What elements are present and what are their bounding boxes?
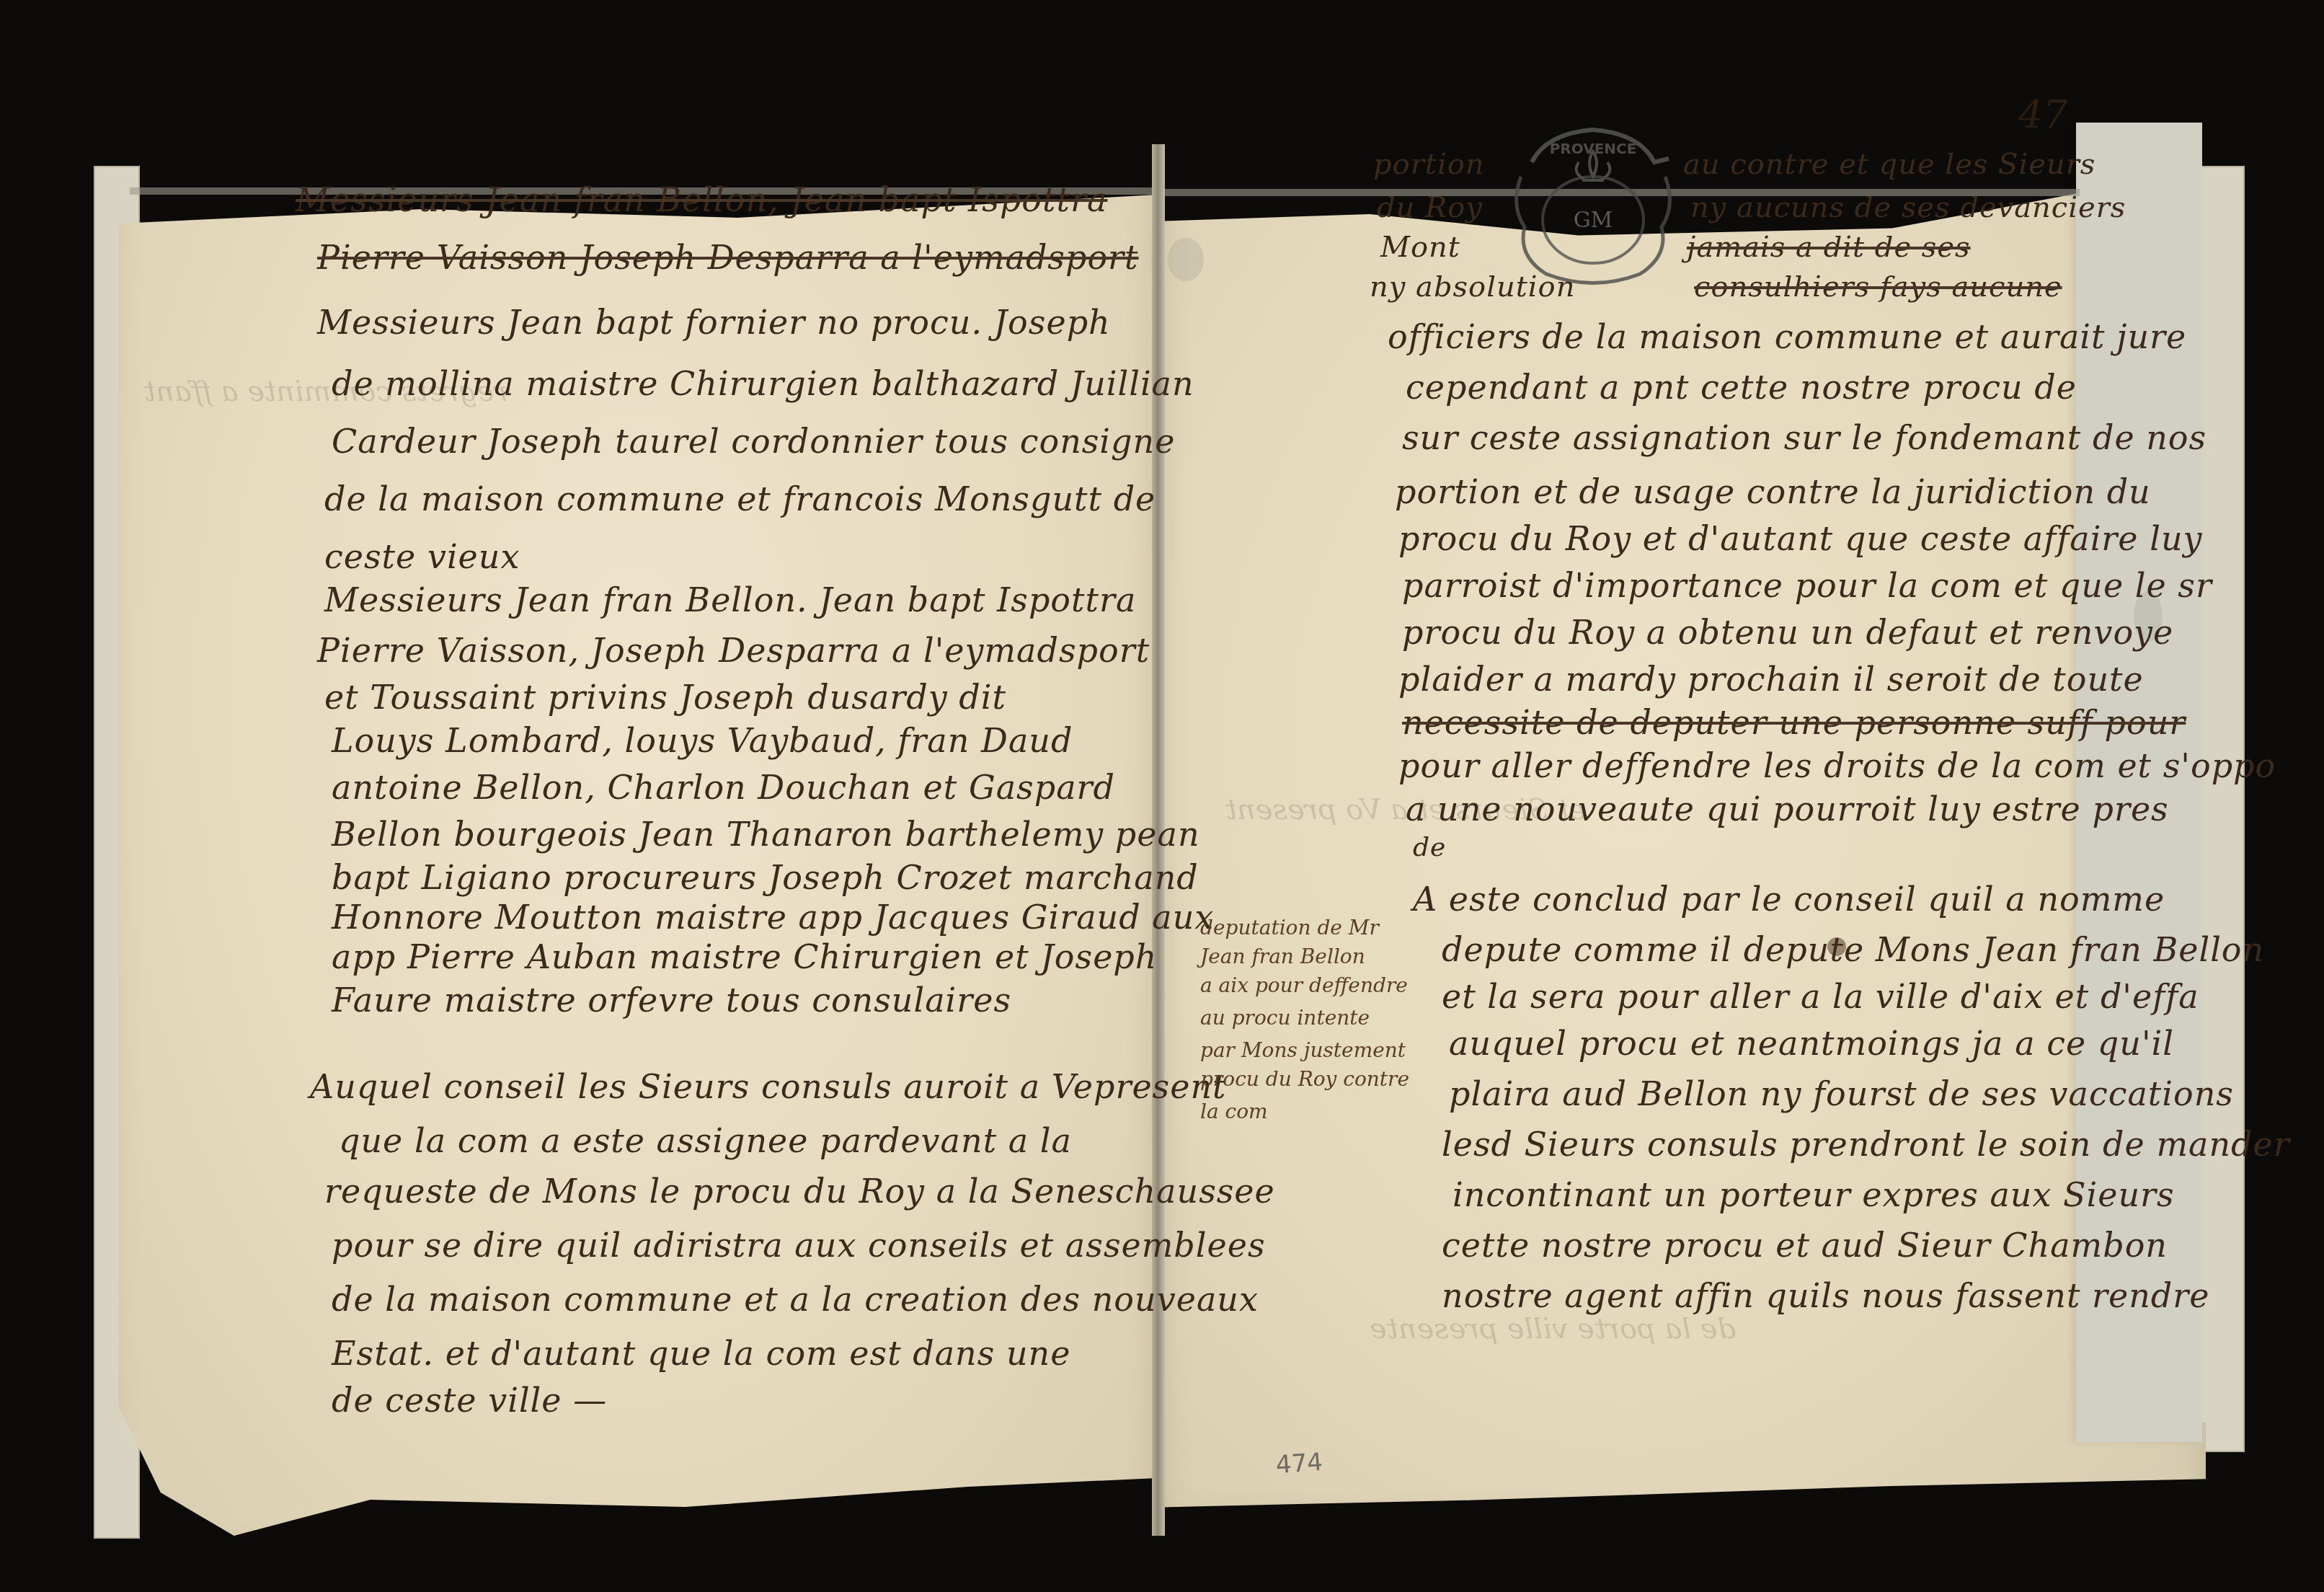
manuscript-line: portion et de usage contre la juridictio… — [1395, 472, 2151, 511]
manuscript-line: A este conclud par le conseil quil a nom… — [1413, 880, 2165, 919]
manuscript-line: app Pierre Auban maistre Chirurgien et J… — [332, 937, 1157, 976]
manuscript-line: Cardeur Joseph taurel cordonnier tous co… — [332, 422, 1175, 461]
manuscript-line: Messieurs Jean fran Bellon, Jean bapt Is… — [296, 180, 1107, 219]
manuscript-line: procu du Roy a obtenu un defaut et renvo… — [1402, 613, 2173, 652]
manuscript-line: Mont — [1380, 231, 1460, 264]
manuscript-line: pour aller deffendre les droits de la co… — [1398, 746, 2276, 785]
manuscript-line: de la maison commune et a la creation de… — [332, 1280, 1259, 1319]
manuscript-line: Honnore Moutton maistre app Jacques Gira… — [332, 898, 1214, 937]
manuscript-line: auquel procu et neantmoings ja a ce qu'i… — [1449, 1024, 2174, 1063]
manuscript-line: de mollina maistre Chirurgien balthazard… — [332, 364, 1194, 403]
manuscript-line: necessite de deputer une personne suff p… — [1402, 703, 2186, 742]
manuscript-line: Messieurs Jean bapt fornier no procu. Jo… — [317, 303, 1111, 342]
manuscript-scan: regrets comminte a ffant et Sieurs et a … — [0, 0, 2324, 1592]
manuscript-line: officiers de la maison commune et aurait… — [1388, 317, 2186, 356]
manuscript-line: lesd Sieurs consuls prendront le soin de… — [1442, 1125, 2290, 1164]
margin-note-line: au procu intente — [1200, 1006, 1370, 1030]
stamp-label: PROVENCE — [1550, 140, 1637, 157]
margin-note-line: procu du Roy contre — [1200, 1067, 1409, 1091]
margin-note-line: a aix pour deffendre — [1200, 973, 1408, 997]
margin-note-line: deputation de Mr — [1200, 916, 1379, 939]
manuscript-line: plaider a mardy prochain il seroit de to… — [1398, 660, 2144, 699]
margin-note-line: Jean fran Bellon — [1200, 945, 1365, 968]
manuscript-line: nostre agent affin quils nous fassent re… — [1442, 1276, 2210, 1315]
manuscript-line: du Roy — [1377, 191, 1483, 224]
manuscript-line: ceste vieux — [324, 537, 520, 576]
water-stain — [1168, 238, 1204, 281]
manuscript-line: de — [1413, 833, 1446, 862]
manuscript-line: requeste de Mons le procu du Roy a la Se… — [324, 1172, 1275, 1211]
manuscript-line: plaira aud Bellon ny fourst de ses vacca… — [1449, 1074, 2234, 1113]
bleed-through-text: de la porte ville presente — [1370, 1312, 1736, 1345]
manuscript-line: Pierre Vaisson Joseph Desparra a l'eymad… — [317, 238, 1139, 277]
manuscript-line: et la sera pour aller a la ville d'aix e… — [1442, 977, 2199, 1016]
manuscript-line: jamais a dit de ses — [1687, 231, 1971, 264]
manuscript-line: procu du Roy et d'autant que ceste affai… — [1398, 519, 2203, 558]
manuscript-line: depute comme il depute Mons Jean fran Be… — [1442, 930, 2264, 969]
manuscript-line: parroist d'importance pour la com et que… — [1402, 566, 2212, 605]
manuscript-line: de ceste ville — — [332, 1381, 607, 1420]
provence-tax-stamp: PROVENCE GM — [1503, 119, 1683, 292]
manuscript-line: a une nouveaute qui pourroit luy estre p… — [1406, 790, 2169, 828]
fleur-de-lis-icon: PROVENCE GM — [1503, 119, 1683, 292]
manuscript-line: cette nostre procu et aud Sieur Chambon — [1442, 1226, 2168, 1265]
manuscript-line: Pierre Vaisson, Joseph Desparra a l'eyma… — [317, 631, 1150, 670]
manuscript-line: Estat. et d'autant que la com est dans u… — [332, 1334, 1070, 1373]
manuscript-line: Louys Lombard, louys Vaybaud, fran Daud — [332, 721, 1073, 760]
margin-note-line: la com — [1200, 1100, 1268, 1123]
manuscript-line: sur ceste assignation sur le fondemant d… — [1402, 418, 2207, 457]
manuscript-line: incontinant un porteur expres aux Sieurs — [1452, 1175, 2175, 1214]
manuscript-line: au contre et que les Sieurs — [1683, 148, 2095, 181]
manuscript-line: et Toussaint privins Joseph dusardy dit — [324, 678, 1006, 717]
manuscript-line: antoine Bellon, Charlon Douchan et Gaspa… — [332, 768, 1115, 807]
manuscript-line: cependant a pnt cette nostre procu de — [1406, 368, 2077, 407]
manuscript-line: consulhiers fays aucune — [1694, 270, 2062, 304]
manuscript-line: Auquel conseil les Sieurs consuls auroit… — [310, 1067, 1227, 1106]
pencil-annotation: 474 — [1275, 1448, 1324, 1480]
folio-number: 47 — [2018, 92, 2068, 138]
manuscript-line: pour se dire quil adiristra aux conseils… — [332, 1226, 1266, 1265]
manuscript-line: de la maison commune et francois Monsgut… — [324, 479, 1156, 518]
manuscript-line: Faure maistre orfevre tous consulaires — [332, 981, 1011, 1020]
manuscript-line: ny absolution — [1370, 270, 1575, 304]
manuscript-line: ny aucuns de ses devanciers — [1690, 191, 2126, 224]
manuscript-line: Messieurs Jean fran Bellon. Jean bapt Is… — [324, 580, 1136, 619]
svg-text:GM: GM — [1574, 208, 1613, 233]
margin-note-line: par Mons justement — [1200, 1038, 1406, 1062]
manuscript-line: que la com a este assignee pardevant a l… — [339, 1121, 1072, 1160]
manuscript-line: Bellon bourgeois Jean Thanaron barthelem… — [332, 815, 1200, 854]
manuscript-line: portion — [1373, 148, 1485, 181]
manuscript-line: bapt Ligiano procureurs Joseph Crozet ma… — [332, 858, 1199, 897]
